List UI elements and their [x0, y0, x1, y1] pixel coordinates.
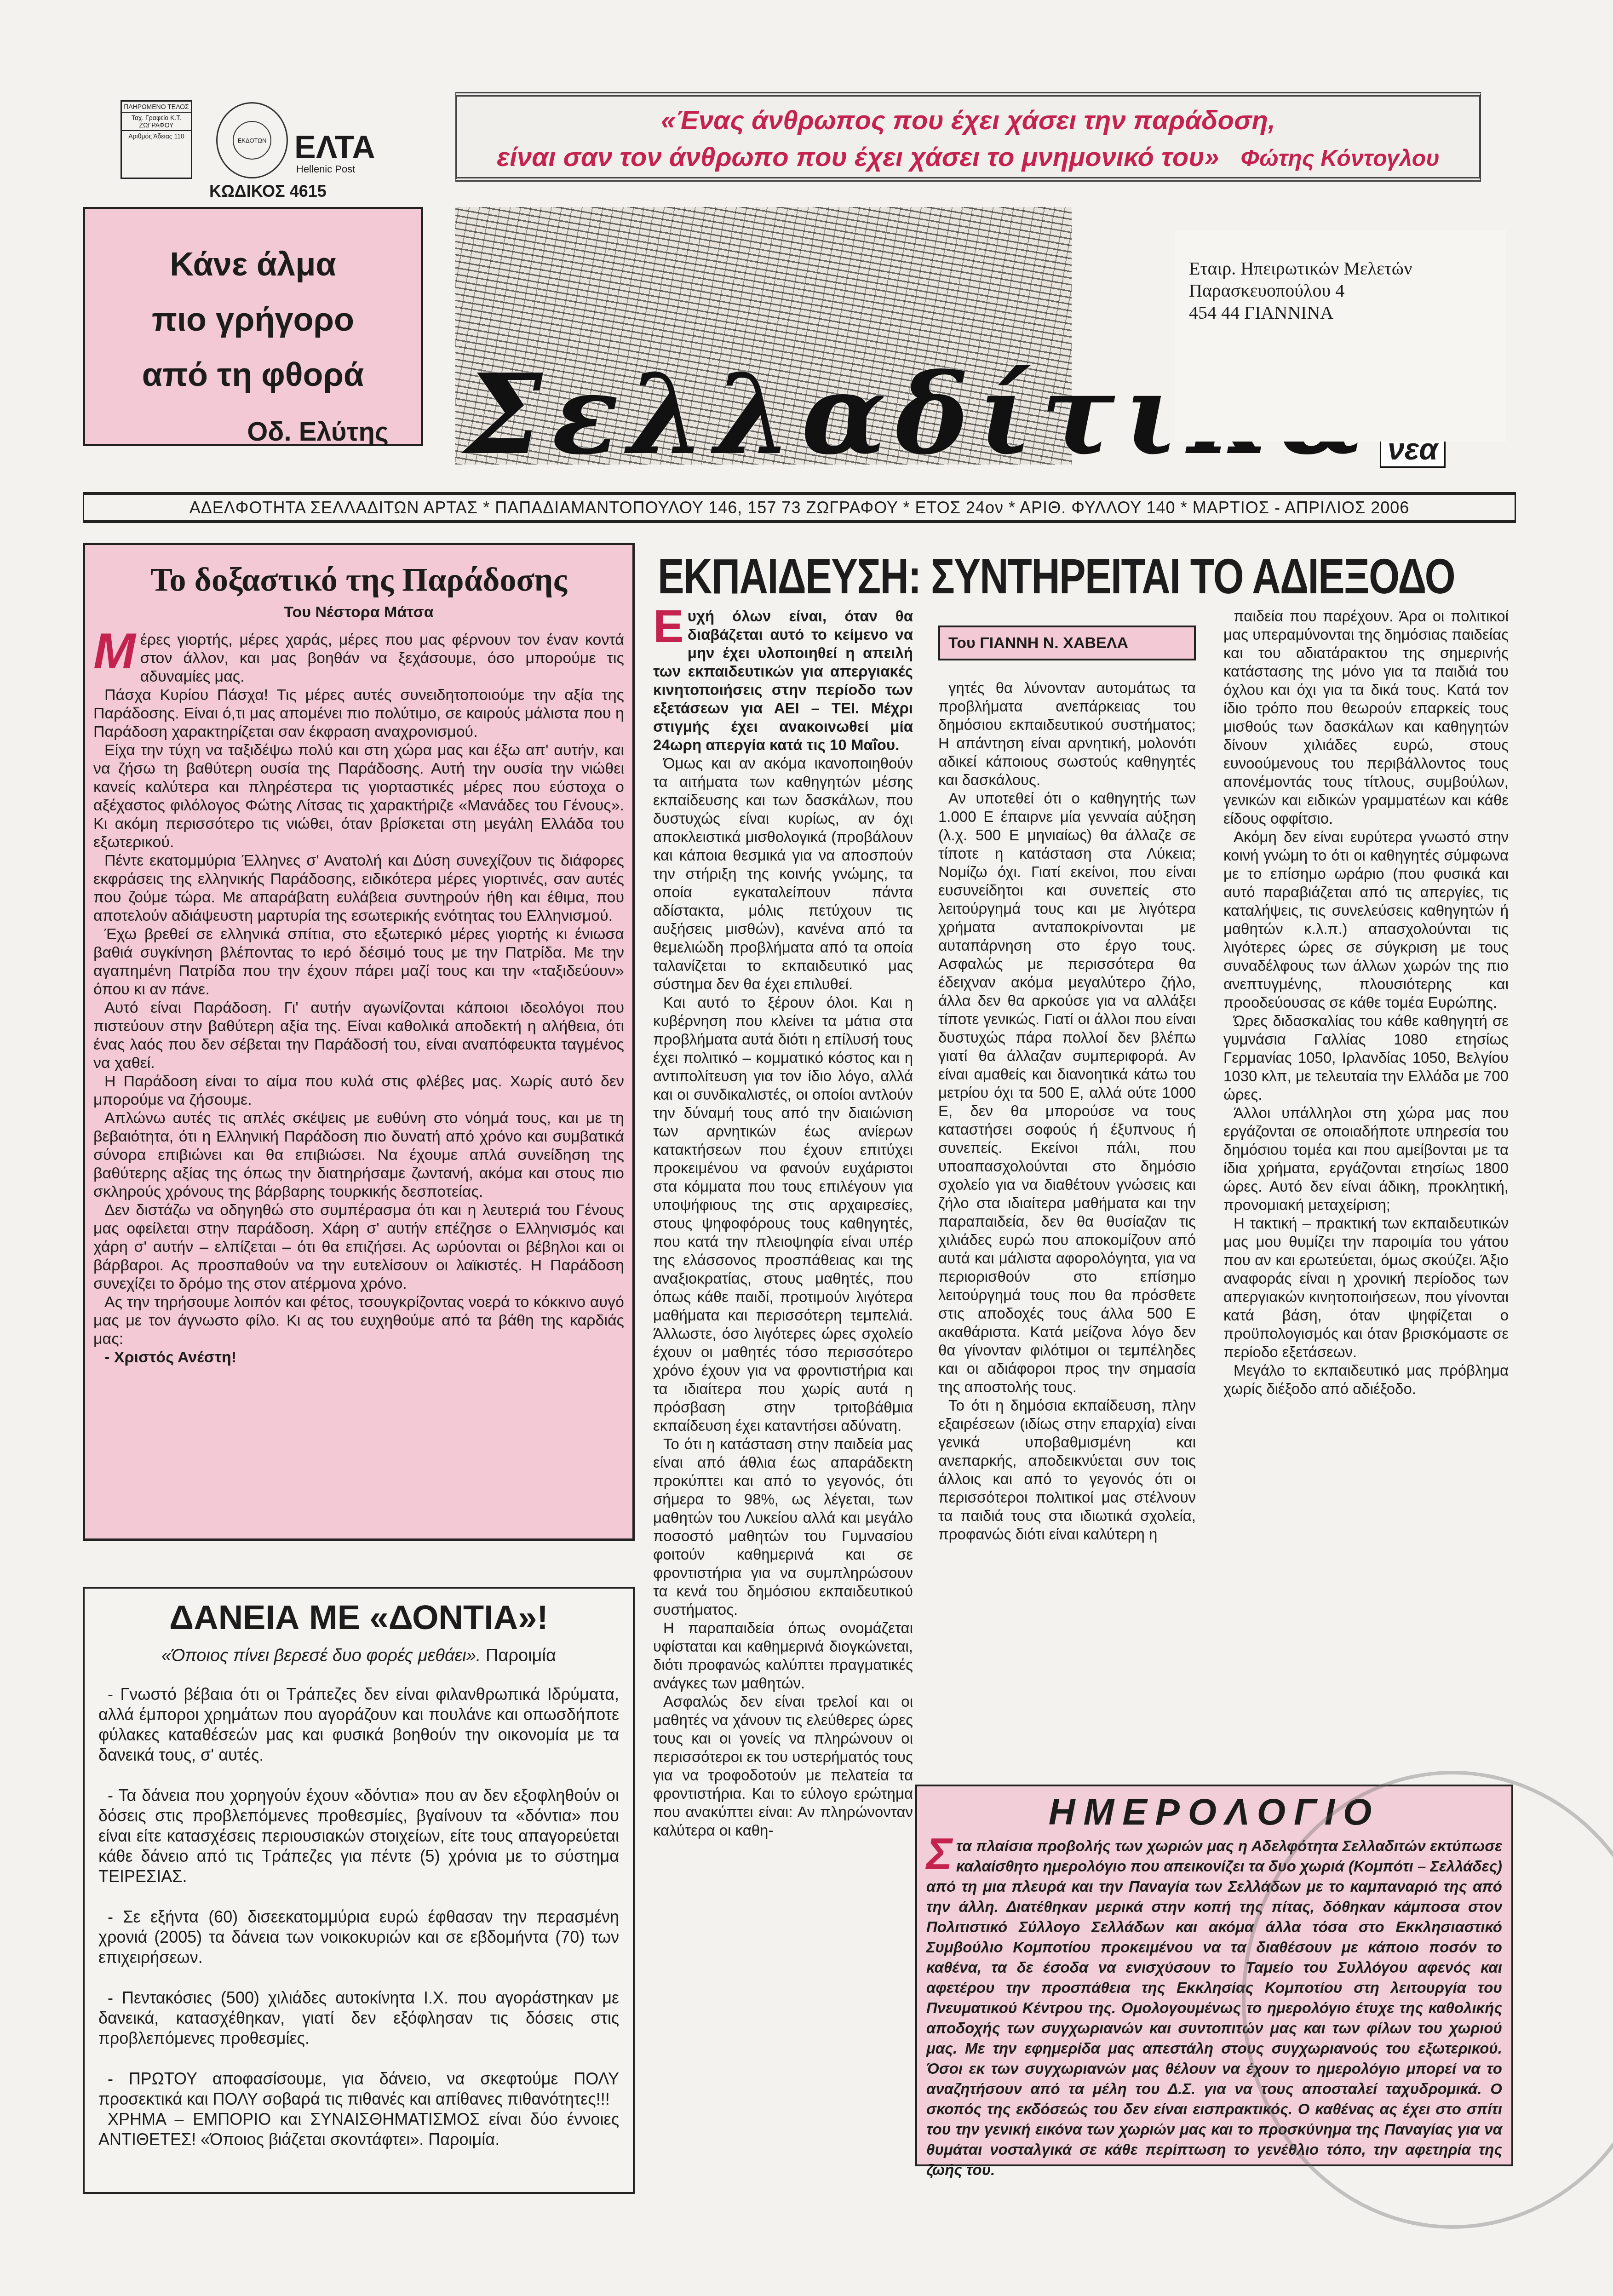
- column-1: Ε υχή όλων είναι, όταν θα διαβάζεται αυτ…: [653, 607, 913, 1840]
- calendar-title: ΗΜΕΡΟΛΟΓΙΟ: [926, 1791, 1502, 1833]
- publishers-seal-icon: ΕΚΔΟΤΩΝ: [216, 102, 288, 178]
- drop-cap: Ε: [653, 607, 684, 646]
- paragraph: γητές θα λύνονταν αυτομάτως τα προβλήματ…: [938, 679, 1196, 789]
- lead-text: υχή όλων είναι, όταν θα διαβάζεται αυτό …: [653, 608, 913, 753]
- column-3: παιδεία που παρέχουν. Άρα οι πολιτικοί μ…: [1223, 607, 1509, 1398]
- paragraph: Η τακτική – πρακτική των εκπαιδευτικών μ…: [1223, 1214, 1509, 1361]
- address-line: 454 44 ΓΙΑΝΝΙΝΑ: [1189, 302, 1492, 324]
- quote-line-2-text: είναι σαν τον άνθρωπο που έχει χάσει το …: [497, 142, 1219, 172]
- quote-line-2: είναι σαν τον άνθρωπο που έχει χάσει το …: [457, 139, 1479, 177]
- postage-paid-stamp: ΠΛΗΡΩΜΕΝΟ ΤΕΛΟΣ Ταχ. Γραφείο Κ.Τ. ΖΩΓΡΑΦ…: [121, 100, 192, 179]
- recipient-address: Εταιρ. Ηπειρωτικών Μελετών Παρασκευοπούλ…: [1175, 230, 1506, 442]
- elytis-line: Κάνε άλμα: [85, 237, 421, 292]
- stamp-row: ΠΛΗΡΩΜΕΝΟ ΤΕΛΟΣ: [122, 102, 191, 113]
- paragraph: Όμως και αν ακόμα ικανοποιηθούν τα αιτήμ…: [653, 754, 913, 993]
- paragraph: παιδεία που παρέχουν. Άρα οι πολιτικοί μ…: [1223, 607, 1509, 828]
- paragraph: Αν υποτεθεί ότι ο καθηγητής των 1.000 Ε …: [938, 789, 1196, 1396]
- article-lead: Ε υχή όλων είναι, όταν θα διαβάζεται αυτ…: [653, 607, 913, 754]
- paragraph: Ώρες διδασκαλίας του κάθε καθηγητή σε γυ…: [1223, 1012, 1509, 1104]
- seal-inner-text: ΕΚΔΟΤΩΝ: [233, 121, 271, 160]
- calendar-article: ΗΜΕΡΟΛΟΓΙΟ Σ τα πλαίσια προβολής των χωρ…: [915, 1785, 1513, 2166]
- address-line: Παρασκευοπούλου 4: [1189, 280, 1492, 302]
- article-title: Το δοξαστικό της Παράδοσης: [93, 561, 624, 599]
- newspaper-page: ΠΛΗΡΩΜΕΝΟ ΤΕΛΟΣ Ταχ. Γραφείο Κ.Τ. ΖΩΓΡΑΦ…: [0, 0, 1613, 2296]
- paragraph: Ακόμη δεν είναι ευρύτερα γνωστό στην κοι…: [1223, 828, 1509, 1012]
- paragraph: ΧΡΗΜΑ – ΕΜΠΟΡΙΟ και ΣΥΝΑΙΣΘΗΜΑΤΙΣΜΟΣ είν…: [98, 2109, 619, 2150]
- paragraph: - Σε εξήντα (60) δισεεκατομμύρια ευρώ έφ…: [98, 1907, 619, 1968]
- publication-info-bar: ΑΔΕΛΦΟΤΗΤΑ ΣΕΛΛΑΔΙΤΩΝ ΑΡΤΑΣ * ΠΑΠΑΔΙΑΜΑΝ…: [83, 492, 1516, 523]
- stamp-row: Αριθμός Άδειας 110: [122, 131, 191, 141]
- main-headline: ΕΚΠΑΙΔΕΥΣΗ: ΣΥΝΤΗΡΕΙΤΑΙ ΤΟ ΑΔΙΕΞΟΔΟ: [658, 547, 1342, 605]
- paragraph: Το ότι η κατάσταση στην παιδεία μας είνα…: [653, 1435, 913, 1619]
- paragraph: Ασφαλώς δεν είναι τρελοί και οι μαθητές …: [653, 1693, 913, 1840]
- elta-subtitle: Hellenic Post: [296, 163, 355, 175]
- article-byline: Του ΓΙΑΝΝΗ Ν. ΧΑΒΕΛΑ: [938, 626, 1196, 660]
- postal-code-label: ΚΩΔΙΚΟΣ 4615: [209, 182, 327, 201]
- elta-logo: ΕΛΤΑ: [294, 129, 375, 166]
- drop-cap: Σ: [926, 1836, 953, 1873]
- calendar-text: τα πλαίσια προβολής των χωριών μας η Αδε…: [926, 1837, 1502, 2178]
- calendar-body: Σ τα πλαίσια προβολής των χωριών μας η Α…: [926, 1836, 1502, 2180]
- paragraph: Μεγάλο το εκπαιδευτικό μας πρόβλημα χωρί…: [1223, 1361, 1509, 1398]
- column-2: Του ΓΙΑΝΝΗ Ν. ΧΑΒΕΛΑ γητές θα λύνονταν α…: [938, 607, 1196, 1544]
- quote-author: Φώτης Κόντογλου: [1240, 145, 1440, 171]
- address-line: Εταιρ. Ηπειρωτικών Μελετών: [1189, 258, 1492, 280]
- elytis-quote-box: Κάνε άλμα πιο γρήγορο από τη φθορά Οδ. Ε…: [83, 207, 423, 446]
- elytis-line: πιο γρήγορο: [85, 292, 421, 347]
- quote-line-1: «Ένας άνθρωπος που έχει χάσει την παράδο…: [457, 102, 1479, 139]
- paragraph: - Τα δάνεια που χορηγούν έχουν «δόντια» …: [98, 1785, 619, 1887]
- quote-banner: «Ένας άνθρωπος που έχει χάσει την παράδο…: [455, 92, 1481, 182]
- paragraph: Το ότι η δημόσια εκπαίδευση, πλην εξαιρέ…: [938, 1396, 1196, 1544]
- elytis-author: Οδ. Ελύτης: [85, 416, 421, 447]
- paragraph: - ΠΡΩΤΟΥ αποφασίσουμε, για δάνειο, να σκ…: [98, 2069, 619, 2109]
- elytis-line: από τη φθορά: [85, 347, 421, 402]
- paragraph: Άλλοι υπάλληλοι στη χώρα μας που εργάζον…: [1223, 1104, 1509, 1214]
- paragraph: - Πεντακόσιες (500) χιλιάδες αυτοκίνητα …: [98, 1988, 619, 2049]
- paragraph: Η παραπαιδεία όπως ονομάζεται υφίσταται …: [653, 1619, 913, 1693]
- stamp-row: Ταχ. Γραφείο Κ.Τ. ΖΩΓΡΑΦΟΥ: [122, 113, 191, 131]
- paragraph: Και αυτό το ξέρουν όλοι. Και η κυβέρνηση…: [653, 993, 913, 1435]
- education-article: Ε υχή όλων είναι, όταν θα διαβάζεται αυτ…: [0, 607, 1613, 1785]
